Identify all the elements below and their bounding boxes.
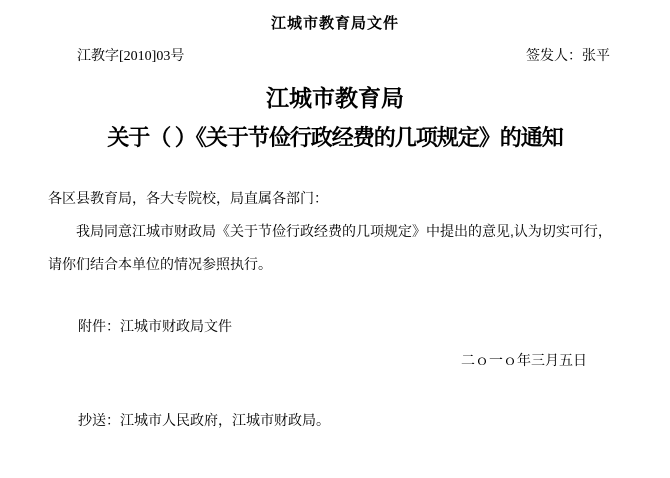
doc-number: 江教字[2010]03号 xyxy=(77,45,184,65)
document-page: 江城市教育局文件 江教字[2010]03号 签发人：张平 江城市教育局 关于（ … xyxy=(0,0,670,478)
cc-line: 抄送：江城市人民政府，江城市财政局。 xyxy=(78,411,640,430)
addressee-line: 各区县教育局，各大专院校，局直属各部门： xyxy=(48,189,640,208)
body-paragraph-line-2: 请你们结合本单位的情况参照执行。 xyxy=(48,255,640,274)
date-line: 二ｏ一ｏ年三月五日 xyxy=(0,351,587,370)
attachment-line: 附件：江城市财政局文件 xyxy=(78,317,640,336)
reference-row: 江教字[2010]03号 签发人：张平 xyxy=(77,45,610,65)
body-paragraph-line-1: 我局同意江城市财政局《关于节俭行政经费的几项规定》中提出的意见,认为切实可行， xyxy=(48,222,640,241)
issuer-label: 签发人：张平 xyxy=(526,45,610,65)
org-file-title: 江城市教育局文件 xyxy=(0,12,670,33)
document-title-org: 江城市教育局 xyxy=(0,80,670,113)
document-title-subject: 关于（ ）《关于节俭行政经费的几项规定》的通知 xyxy=(0,121,670,152)
